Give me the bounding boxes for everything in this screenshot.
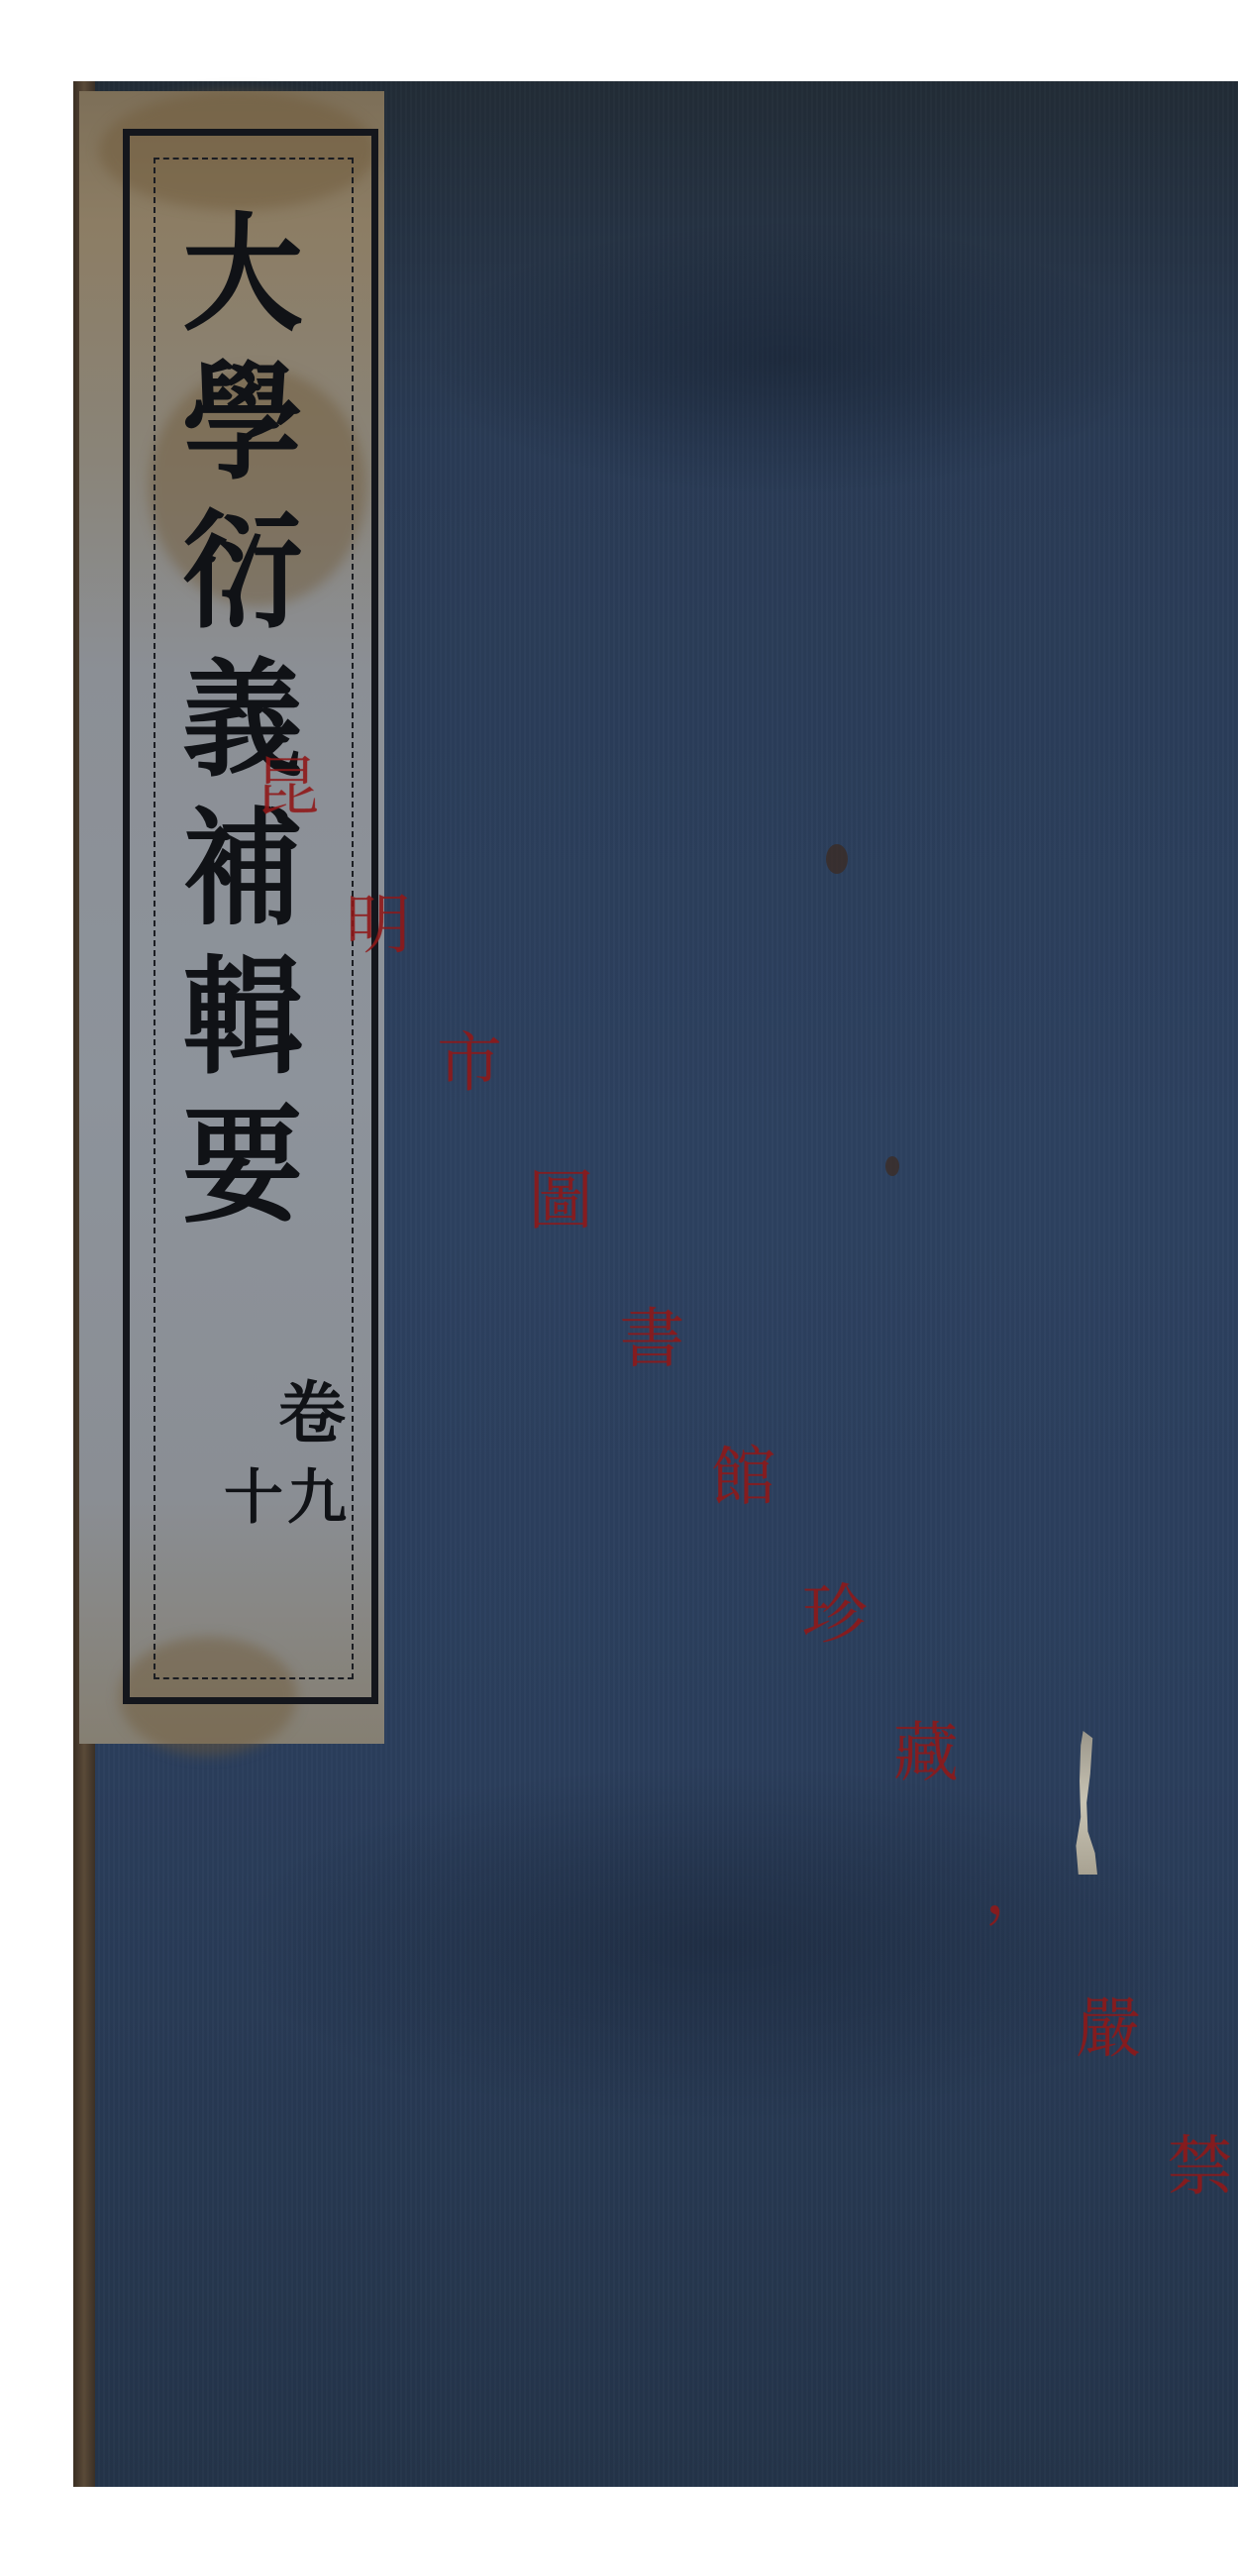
watermark-char: 館 <box>710 1424 815 1518</box>
title-char: 衍 <box>182 497 303 646</box>
watermark-char: 昆 <box>255 734 360 828</box>
watermark-char: ， <box>984 1838 1089 1932</box>
title-char: 輯 <box>182 943 303 1092</box>
watermark-char: 圖 <box>528 1148 633 1242</box>
volume-label: 卷 <box>218 1369 357 1458</box>
title-char: 學 <box>182 349 303 497</box>
volume-number: 十九 <box>218 1458 357 1538</box>
title-char: 大 <box>182 200 303 349</box>
stain-spot <box>885 1156 899 1176</box>
watermark-char: 嚴 <box>1076 1976 1181 2070</box>
volume-marker: 卷 十九 <box>218 1369 357 1538</box>
watermark-char: 明 <box>346 872 451 966</box>
watermark-char: 藏 <box>893 1700 998 1794</box>
stain-spot <box>826 844 848 874</box>
title-slip: 大 學 衍 義 補 輯 要 卷 十九 <box>79 91 384 1744</box>
title-char: 要 <box>182 1092 303 1240</box>
watermark-char: 珍 <box>802 1561 907 1656</box>
watermark-char: 禁 <box>1167 2113 1238 2207</box>
watermark-char: 市 <box>437 1010 542 1104</box>
watermark-char: 書 <box>619 1286 724 1380</box>
